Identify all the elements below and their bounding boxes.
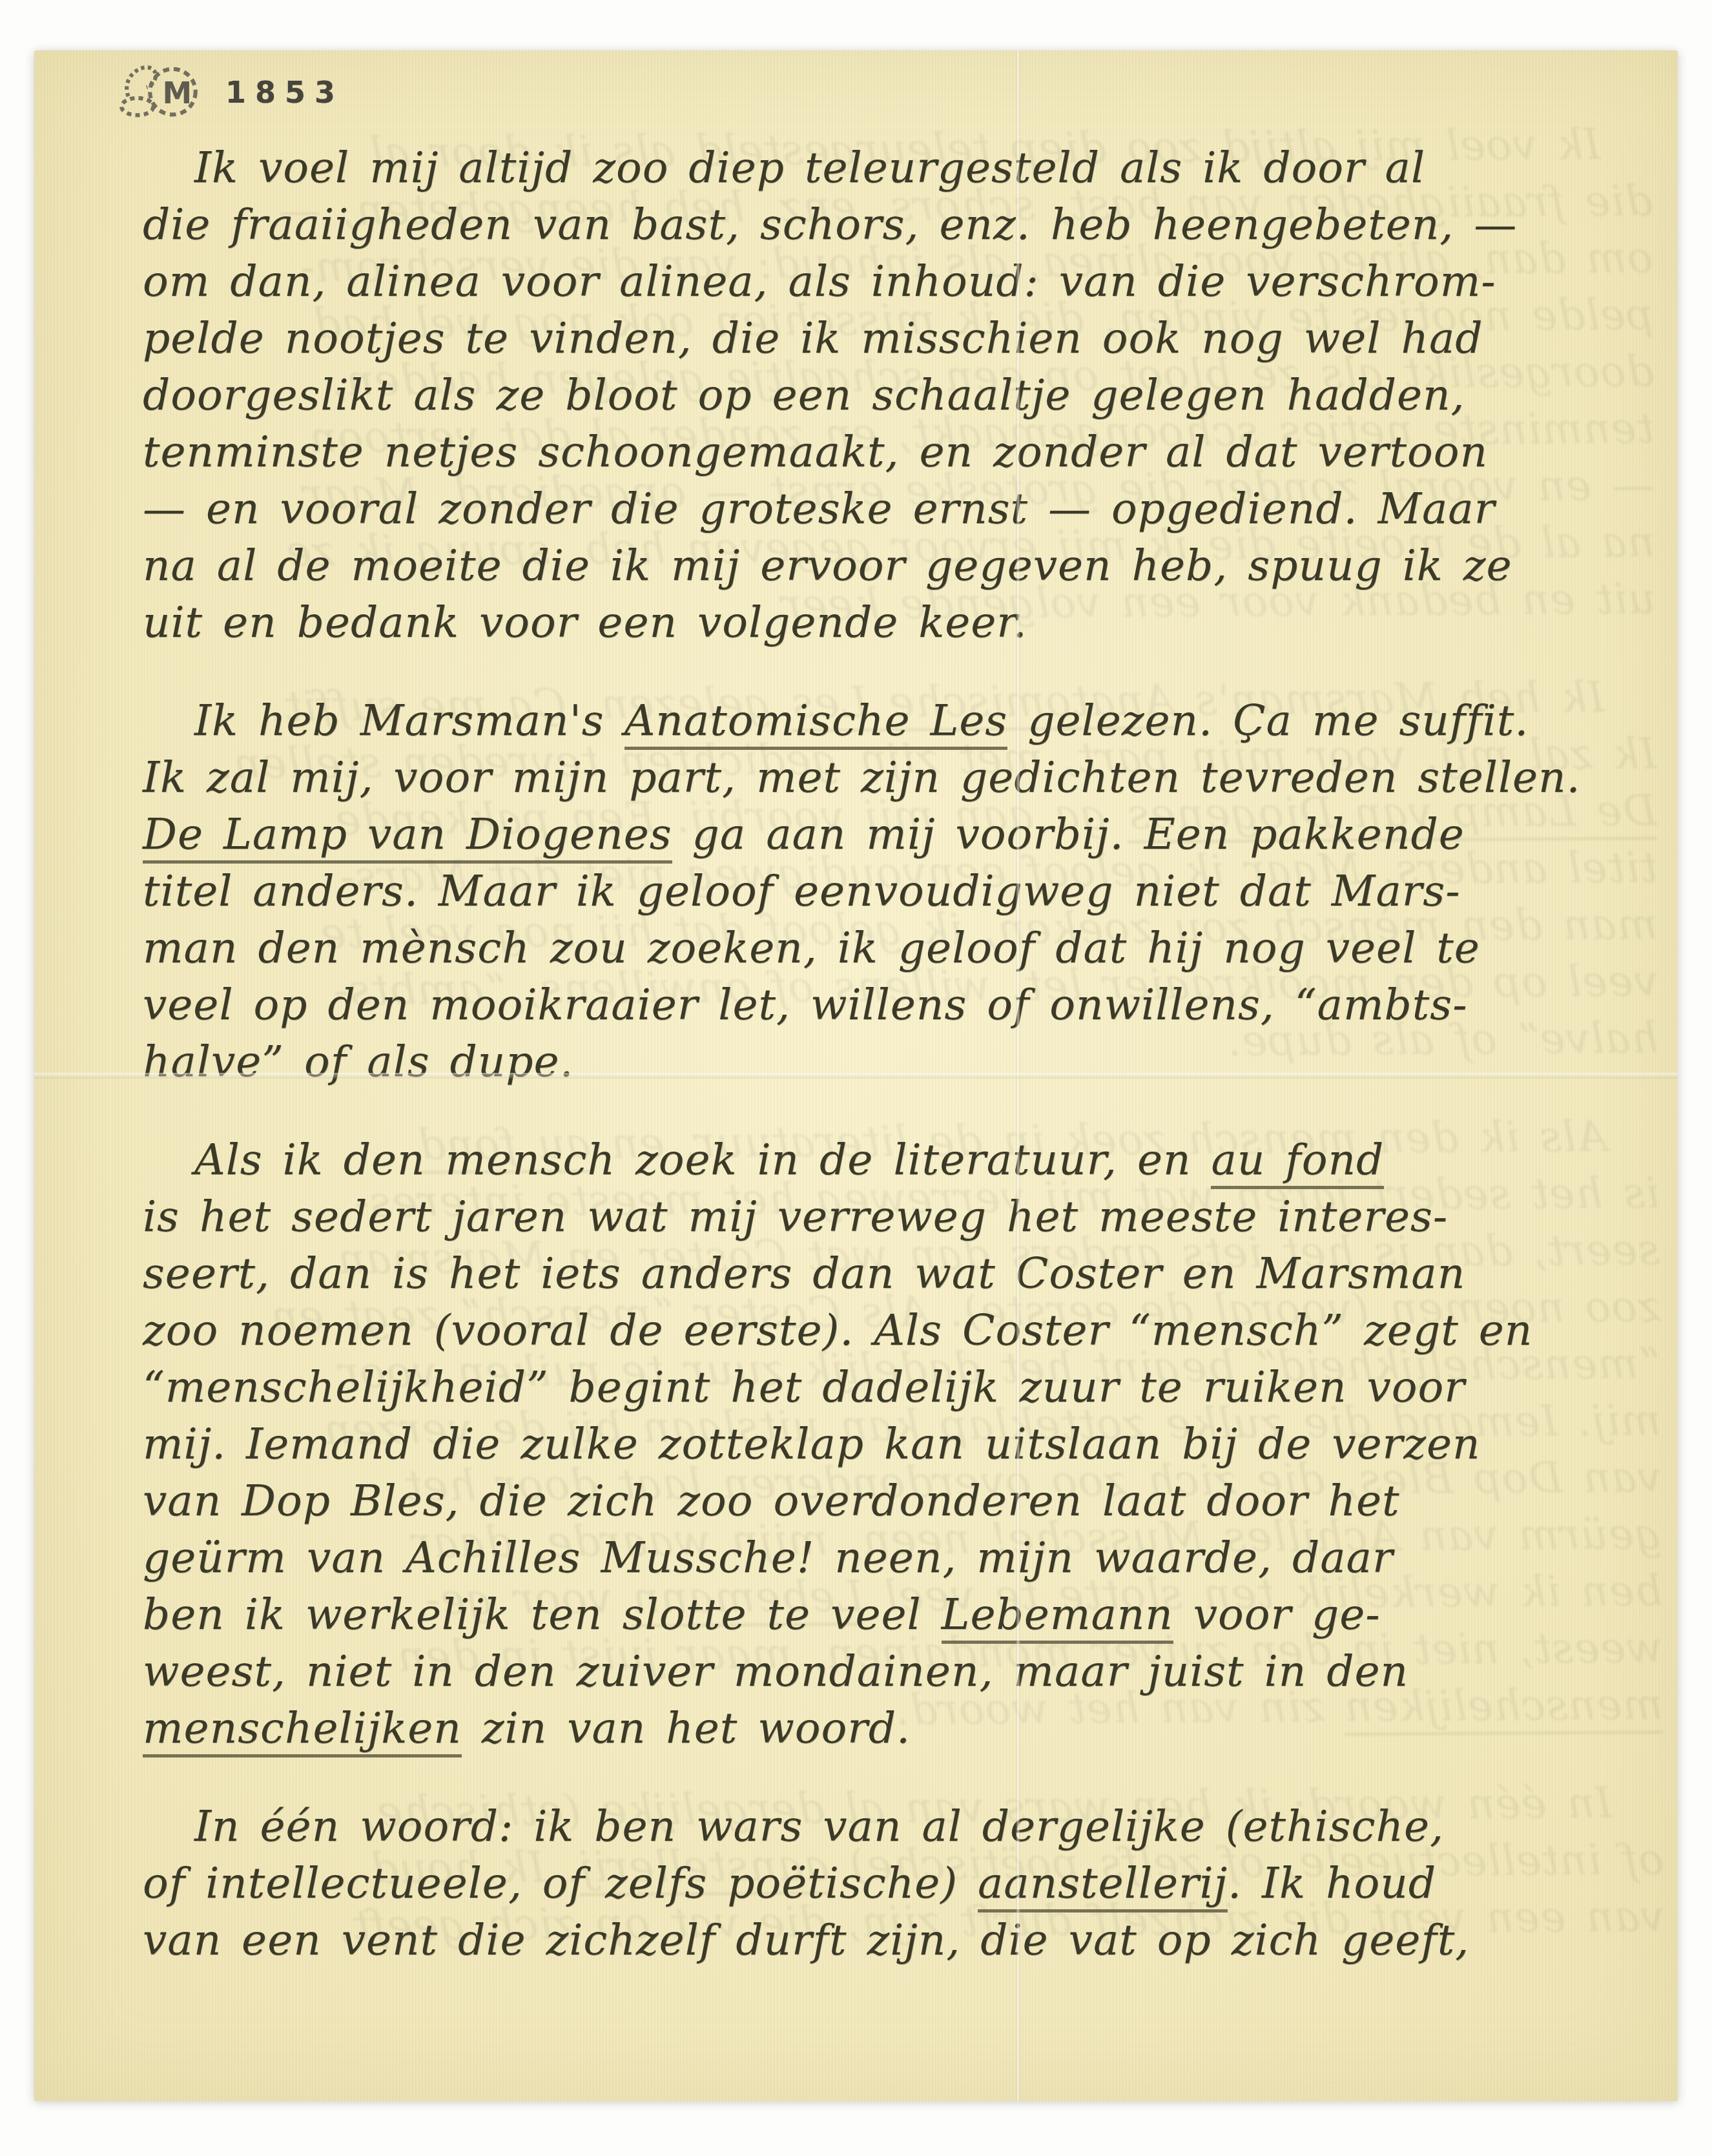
handwritten-line: om dan, alinea voor alinea, als inhoud: …	[143, 253, 1653, 310]
text-segment: Anatomische Les	[624, 696, 1008, 750]
stamp-monogram-icon: M	[117, 57, 214, 128]
handwritten-line: seert, dan is het iets anders dan wat Co…	[143, 1245, 1653, 1302]
text-segment: om dan, alinea voor alinea, als inhoud: …	[143, 256, 1496, 306]
stamp-letter: M	[163, 76, 192, 110]
text-segment: man den mènsch zou zoeken, ik geloof dat…	[143, 923, 1480, 973]
handwritten-line: uit en bedank voor een volgende keer.	[143, 594, 1653, 651]
handwritten-line: titel anders. Maar ik geloof eenvoudigwe…	[143, 863, 1653, 920]
text-segment: tenminste netjes schoongemaakt, en zonde…	[143, 427, 1488, 477]
handwritten-line: is het sedert jaren wat mij verreweg het…	[143, 1188, 1653, 1245]
handwritten-line: “menschelijkheid” begint het dadelijk zu…	[143, 1359, 1653, 1416]
text-segment: au fond	[1211, 1135, 1384, 1189]
handwritten-line: geürm van Achilles Mussche! neen, mijn w…	[143, 1529, 1653, 1586]
text-segment: seert, dan is het iets anders dan wat Co…	[143, 1249, 1465, 1298]
handwritten-line: van een vent die zichzelf durft zijn, di…	[143, 1912, 1653, 1969]
text-segment: van Dop Bles, die zich zoo overdonderen …	[143, 1476, 1400, 1526]
handwritten-line: pelde nootjes te vinden, die ik misschie…	[143, 310, 1653, 367]
text-segment: is het sedert jaren wat mij verreweg het…	[143, 1192, 1448, 1241]
text-segment: die fraaiigheden van bast, schors, enz. …	[143, 200, 1517, 249]
archive-stamp: M 1853	[117, 57, 344, 128]
text-segment: halve” of als dupe.	[143, 1037, 574, 1086]
handwritten-line: — en vooral zonder die groteske ernst — …	[143, 481, 1653, 537]
text-segment: mij. Iemand die zulke zotteklap kan uits…	[143, 1419, 1480, 1469]
text-segment: Lebemann	[942, 1590, 1173, 1644]
scan-background: { "page": { "background": "#fdfdfc" }, "…	[0, 0, 1712, 2156]
text-segment: geürm van Achilles Mussche! neen, mijn w…	[143, 1533, 1394, 1582]
handwritten-line: zoo noemen (vooral de eerste). Als Coste…	[143, 1302, 1653, 1359]
text-segment: gelezen. Ça me suffit.	[1007, 696, 1529, 745]
handwritten-line: In één woord: ik ben wars van al dergeli…	[143, 1798, 1653, 1855]
handwritten-line: De Lamp van Diogenes ga aan mij voorbij.…	[143, 806, 1653, 863]
letter-paragraph: Als ik den mensch zoek in de literatuur,…	[143, 1132, 1653, 1757]
text-segment: na al de moeite die ik mij ervoor gegeve…	[143, 541, 1512, 590]
text-segment: veel op den mooikraaier let, willens of …	[143, 980, 1467, 1030]
text-segment: ben ik werkelijk ten slotte te veel	[143, 1590, 942, 1639]
handwritten-line: mij. Iemand die zulke zotteklap kan uits…	[143, 1416, 1653, 1473]
text-segment: voor ge-	[1173, 1590, 1381, 1639]
fold-crease-horizontal	[34, 1073, 1678, 1079]
scanned-letter-paper: M 1853 Ik voel mij altijd zoo diep teleu…	[34, 50, 1678, 2101]
text-segment: menschelijken	[143, 1703, 462, 1757]
letter-paragraph: In één woord: ik ben wars van al dergeli…	[143, 1798, 1653, 1969]
letter-paragraph: Ik heb Marsman's Anatomische Les gelezen…	[143, 692, 1653, 1090]
text-segment: De Lamp van Diogenes	[143, 809, 672, 864]
handwritten-line: Ik zal mij, voor mijn part, met zijn ged…	[143, 749, 1653, 806]
text-segment: uit en bedank voor een volgende keer.	[143, 597, 1027, 647]
text-segment: zin van het woord.	[462, 1703, 911, 1753]
text-segment: . Ik houd	[1228, 1858, 1436, 1908]
text-segment: Als ik den mensch zoek in de literatuur,…	[194, 1135, 1211, 1185]
handwritten-line: halve” of als dupe.	[143, 1033, 1653, 1090]
stamp-number: 1853	[225, 75, 344, 110]
handwritten-line: Ik voel mij altijd zoo diep teleurgestel…	[143, 140, 1653, 196]
text-segment: — en vooral zonder die groteske ernst — …	[143, 484, 1495, 534]
text-segment: ga aan mij voorbij. Een pakkende	[672, 809, 1465, 859]
handwritten-line: man den mènsch zou zoeken, ik geloof dat…	[143, 920, 1653, 977]
handwritten-line: die fraaiigheden van bast, schors, enz. …	[143, 196, 1653, 253]
handwritten-line: tenminste netjes schoongemaakt, en zonde…	[143, 424, 1653, 481]
handwritten-line: van Dop Bles, die zich zoo overdonderen …	[143, 1473, 1653, 1529]
handwritten-line: ben ik werkelijk ten slotte te veel Lebe…	[143, 1586, 1653, 1643]
text-segment: of intellectueele, of zelfs poëtische)	[143, 1858, 978, 1908]
handwritten-line: of intellectueele, of zelfs poëtische) a…	[143, 1855, 1653, 1912]
letter-paragraph: Ik voel mij altijd zoo diep teleurgestel…	[143, 140, 1653, 651]
text-segment: titel anders. Maar ik geloof eenvoudigwe…	[143, 866, 1461, 916]
handwritten-line: menschelijken zin van het woord.	[143, 1700, 1653, 1757]
text-segment: doorgeslikt als ze bloot op een schaaltj…	[143, 370, 1465, 420]
text-segment: pelde nootjes te vinden, die ik misschie…	[143, 313, 1483, 363]
handwritten-line: doorgeslikt als ze bloot op een schaaltj…	[143, 367, 1653, 424]
text-segment: zoo noemen (vooral de eerste). Als Coste…	[143, 1305, 1532, 1355]
text-segment: weest, niet in den zuiver mondainen, maa…	[143, 1646, 1408, 1696]
text-segment: van een vent die zichzelf durft zijn, di…	[143, 1915, 1469, 1965]
handwritten-line: na al de moeite die ik mij ervoor gegeve…	[143, 537, 1653, 594]
letter-body: Ik voel mij altijd zoo diep teleurgestel…	[143, 140, 1653, 1969]
handwritten-line: weest, niet in den zuiver mondainen, maa…	[143, 1643, 1653, 1700]
text-segment: Ik heb Marsman's	[194, 696, 624, 745]
text-segment: In één woord: ik ben wars van al dergeli…	[194, 1801, 1444, 1851]
text-segment: Ik zal mij, voor mijn part, met zijn ged…	[143, 752, 1581, 802]
text-segment: Ik voel mij altijd zoo diep teleurgestel…	[194, 143, 1425, 192]
handwritten-line: veel op den mooikraaier let, willens of …	[143, 977, 1653, 1033]
handwritten-line: Ik heb Marsman's Anatomische Les gelezen…	[143, 692, 1653, 749]
handwritten-line: Als ik den mensch zoek in de literatuur,…	[143, 1132, 1653, 1188]
text-segment: “menschelijkheid” begint het dadelijk zu…	[143, 1362, 1465, 1412]
